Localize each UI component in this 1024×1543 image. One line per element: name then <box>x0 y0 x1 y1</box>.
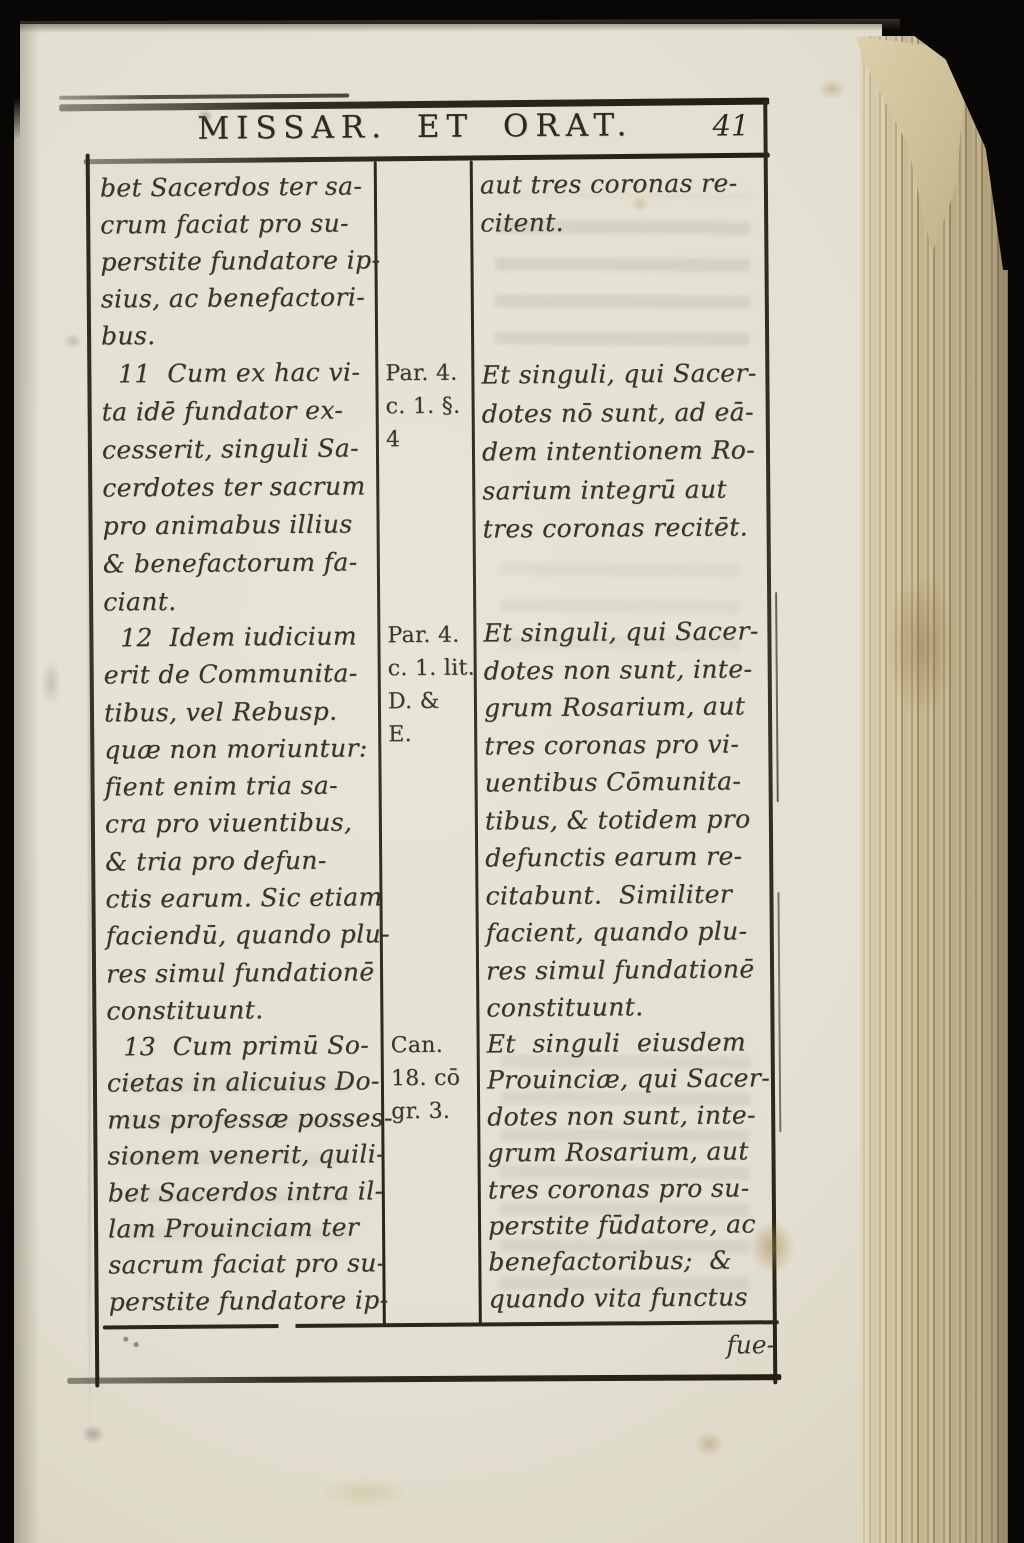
text-line: quæ non moriuntur: <box>104 729 380 768</box>
text-line: facient, quando plu- <box>486 912 774 952</box>
text-line: lam Prouinciam ter <box>108 1209 384 1248</box>
margin-ref-2: Par. 4.c. 1. lit.D. &E. <box>387 619 472 752</box>
text-frame: MISSAR. ET ORAT. 41 bet Sacerdos ter sa-… <box>59 92 781 1398</box>
right-paragraph-13: Et singuli eiusdemProuinciæ, qui Sacer-d… <box>487 1024 777 1318</box>
background-left-corner <box>0 0 20 140</box>
text-line: citabunt. Similiter <box>485 875 773 915</box>
text-line: Par. 4. <box>385 357 469 391</box>
right-paragraph-12: Et singuli, qui Sacer-dotes non sunt, in… <box>483 612 774 1027</box>
text-line: dotes nō sunt, ad eā- <box>482 393 770 434</box>
text-line: E. <box>388 718 472 752</box>
text-line: mus professæ posses- <box>107 1100 383 1139</box>
text-line: Et singuli eiusdem <box>487 1024 775 1063</box>
text-line: Et singuli, qui Sacer- <box>481 354 769 395</box>
text-line: cra pro viuentibus, <box>105 804 381 843</box>
text-line: 18. cō <box>391 1062 475 1096</box>
text-line: Can. <box>391 1029 475 1063</box>
text-line: sionem venerit, quili- <box>107 1137 383 1176</box>
book-scan: MISSAR. ET ORAT. 41 bet Sacerdos ter sa-… <box>0 0 1024 1543</box>
text-line: pro animabus illius <box>102 505 378 545</box>
text-line: perstite fundatore ip- <box>109 1282 385 1321</box>
text-line: bus. <box>101 315 377 354</box>
text-line: 11 Cum ex hac vi- <box>101 353 377 393</box>
text-line: dotes non sunt, inte- <box>484 650 772 690</box>
text-line: & benefactorum fa- <box>103 543 379 583</box>
right-paragraph-continuation: aut tres coronas re-citent. <box>480 164 769 242</box>
margin-ref-1: Par. 4.c. 1. §.4 <box>385 357 470 457</box>
bottom-rule-inner <box>103 1320 779 1329</box>
text-line: erit de Communita- <box>104 655 380 694</box>
right-paragraph-11: Et singuli, qui Sacer-dotes nō sunt, ad … <box>481 354 771 549</box>
running-header: MISSAR. ET ORAT. <box>59 106 771 148</box>
text-line: benefactoribus; & <box>488 1243 776 1282</box>
text-line: res simul fundationē <box>486 950 774 990</box>
left-paragraph-12: 12 Idem iudiciumerit de Communita-tibus,… <box>103 617 382 1029</box>
fore-edge-shading <box>860 36 1008 1543</box>
text-line: dem intentionem Ro- <box>482 431 770 472</box>
text-line: dotes non sunt, inte- <box>487 1097 775 1136</box>
top-rule-fragment <box>59 94 349 100</box>
text-line: grum Rosarium, aut <box>484 687 772 727</box>
text-line: cietas in alicuius Do- <box>107 1064 383 1103</box>
text-line: crum faciat pro su- <box>100 204 376 243</box>
text-line: tibus, & totidem pro <box>485 800 773 840</box>
text-line: uentibus Cōmunita- <box>484 762 772 802</box>
margin-ref-3: Can.18. cōgr. 3. <box>391 1029 476 1129</box>
text-line: tres coronas pro vi- <box>484 725 772 765</box>
text-line: sacrum faciat pro su- <box>108 1246 384 1285</box>
text-line: 13 Cum primū So- <box>107 1027 383 1066</box>
bottom-rule-outer <box>67 1374 781 1384</box>
text-line: gr. 3. <box>391 1095 475 1129</box>
text-line: tres coronas pro su- <box>488 1170 776 1209</box>
left-paragraph-13: 13 Cum primū So-cietas in alicuius Do-mu… <box>107 1027 385 1320</box>
text-line: perstite fundatore ip- <box>100 241 376 280</box>
page-number: 41 <box>712 108 749 142</box>
text-line: quando vita functus <box>489 1279 777 1318</box>
text-line: c. 1. lit. <box>388 652 472 686</box>
left-paragraph-continuation: bet Sacerdos ter sa-crum faciat pro su-p… <box>100 167 377 354</box>
text-line: constituunt. <box>486 987 774 1027</box>
text-line: D. & <box>388 685 472 719</box>
text-line: sarium integrū aut <box>482 470 770 511</box>
text-line: faciendū, quando plu- <box>106 916 382 955</box>
text-line: cesserit, singuli Sa- <box>102 429 378 469</box>
text-line: Par. 4. <box>387 619 471 653</box>
text-line: res simul fundationē <box>106 953 382 992</box>
ink-mark <box>118 1332 144 1350</box>
text-line: fient enim tria sa- <box>104 766 380 805</box>
text-line: c. 1. §. <box>386 390 470 424</box>
text-line: Prouinciæ, qui Sacer- <box>487 1061 775 1100</box>
text-line: defunctis earum re- <box>485 837 773 877</box>
catchword: fue- <box>489 1330 775 1361</box>
text-line: bet Sacerdos ter sa- <box>100 167 376 206</box>
text-line: cerdotes ter sacrum <box>102 467 378 507</box>
text-line: ctis earum. Sic etiam <box>105 878 381 917</box>
page-top-edge <box>0 19 900 33</box>
text-line: tibus, vel Rebusp. <box>104 692 380 731</box>
text-line: tres coronas recitēt. <box>482 508 770 549</box>
text-line: & tria pro defun- <box>105 841 381 880</box>
text-line: sius, ac benefactori- <box>101 278 377 317</box>
text-line: Et singuli, qui Sacer- <box>483 612 771 652</box>
text-line: bet Sacerdos intra il- <box>108 1173 384 1212</box>
header-rule <box>84 153 770 165</box>
text-line: ta idē fundator ex- <box>102 391 378 431</box>
background-right <box>1008 0 1024 1543</box>
text-line: constituunt. <box>106 990 382 1029</box>
frame-rule-left <box>86 154 100 1388</box>
text-line: ciant. <box>103 581 379 621</box>
text-line: aut tres coronas re- <box>480 164 768 204</box>
text-line: 4 <box>386 423 470 457</box>
left-paragraph-11: 11 Cum ex hac vi-ta idē fundator ex-cess… <box>101 353 379 621</box>
text-line: 12 Idem iudicium <box>103 617 379 656</box>
text-line: grum Rosarium, aut <box>487 1133 775 1172</box>
page-gutter-shadow <box>14 24 40 1543</box>
text-line: perstite fūdatore, ac <box>488 1206 776 1245</box>
text-line: citent. <box>480 202 768 242</box>
